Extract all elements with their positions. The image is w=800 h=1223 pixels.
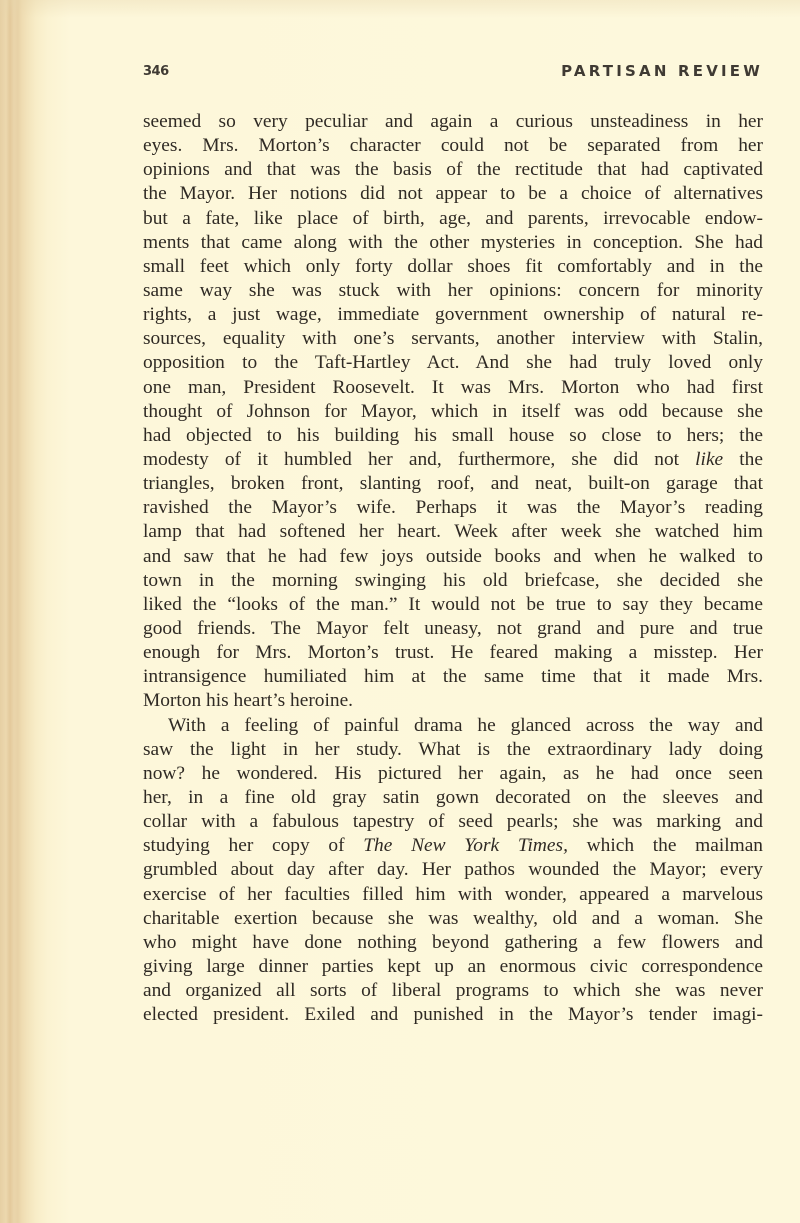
text-line-with-italic: studying her copy of The New York Times,… bbox=[143, 834, 763, 858]
text-line: had objected to his building his small h… bbox=[143, 424, 763, 448]
text-line: saw the light in her study. What is the … bbox=[143, 738, 763, 762]
body-text: seemed so very peculiar and again a curi… bbox=[143, 110, 763, 1027]
text-line: the Mayor. Her notions did not appear to… bbox=[143, 182, 763, 206]
text-line: rights, a just wage, immediate governmen… bbox=[143, 303, 763, 327]
text-line: and saw that he had few joys outside boo… bbox=[143, 545, 763, 569]
text-line: and organized all sorts of liberal progr… bbox=[143, 979, 763, 1003]
text-line: opposition to the Taft-Hartley Act. And … bbox=[143, 351, 763, 375]
text-run: modesty of it humbled her and, furthermo… bbox=[143, 449, 695, 470]
text-run: which the mailman bbox=[568, 835, 763, 856]
journal-title: PARTISAN REVIEW bbox=[561, 62, 763, 80]
text-line: thought of Johnson for Mayor, which in i… bbox=[143, 400, 763, 424]
book-page: 346 PARTISAN REVIEW seemed so very pecul… bbox=[0, 0, 800, 1223]
text-line: enough for Mrs. Morton’s trust. He feare… bbox=[143, 641, 763, 665]
text-line: one man, President Roosevelt. It was Mrs… bbox=[143, 376, 763, 400]
text-line: collar with a fabulous tapestry of seed … bbox=[143, 810, 763, 834]
text-line: her, in a fine old gray satin gown decor… bbox=[143, 786, 763, 810]
paragraph-start-line: With a feeling of painful drama he glanc… bbox=[143, 714, 763, 738]
text-run: the bbox=[723, 449, 763, 470]
text-line: lamp that had softened her heart. Week a… bbox=[143, 520, 763, 544]
text-line: now? he wondered. His pictured her again… bbox=[143, 762, 763, 786]
text-line: town in the morning swinging his old bri… bbox=[143, 569, 763, 593]
paragraph-end-line: Morton his heart’s heroine. bbox=[143, 689, 763, 713]
text-line: sources, equality with one’s servants, a… bbox=[143, 327, 763, 351]
italic-emphasis: like bbox=[695, 449, 723, 470]
text-line-with-italic: modesty of it humbled her and, furthermo… bbox=[143, 448, 763, 472]
page-number: 346 bbox=[143, 64, 169, 79]
text-line: liked the “looks of the man.” It would n… bbox=[143, 593, 763, 617]
text-line: exercise of her faculties filled him wit… bbox=[143, 883, 763, 907]
text-line: charitable exertion because she was weal… bbox=[143, 907, 763, 931]
text-line: triangles, broken front, slanting roof, … bbox=[143, 472, 763, 496]
text-line: same way she was stuck with her opinions… bbox=[143, 279, 763, 303]
text-line: elected president. Exiled and punished i… bbox=[143, 1003, 763, 1027]
text-line: ments that came along with the other mys… bbox=[143, 231, 763, 255]
text-line: small feet which only forty dollar shoes… bbox=[143, 255, 763, 279]
text-line: good friends. The Mayor felt uneasy, not… bbox=[143, 617, 763, 641]
text-line: opinions and that was the basis of the r… bbox=[143, 158, 763, 182]
italic-title: The New York Times, bbox=[363, 835, 568, 856]
text-line: grumbled about day after day. Her pathos… bbox=[143, 858, 763, 882]
text-line: seemed so very peculiar and again a curi… bbox=[143, 110, 763, 134]
text-line: ravished the Mayor’s wife. Perhaps it wa… bbox=[143, 496, 763, 520]
text-line: but a fate, like place of birth, age, an… bbox=[143, 207, 763, 231]
text-run: studying her copy of bbox=[143, 835, 363, 856]
text-line: giving large dinner parties kept up an e… bbox=[143, 955, 763, 979]
running-head: 346 PARTISAN REVIEW bbox=[143, 62, 763, 84]
text-line: intransigence humiliated him at the same… bbox=[143, 665, 763, 689]
text-line: eyes. Mrs. Morton’s character could not … bbox=[143, 134, 763, 158]
text-line: who might have done nothing beyond gathe… bbox=[143, 931, 763, 955]
